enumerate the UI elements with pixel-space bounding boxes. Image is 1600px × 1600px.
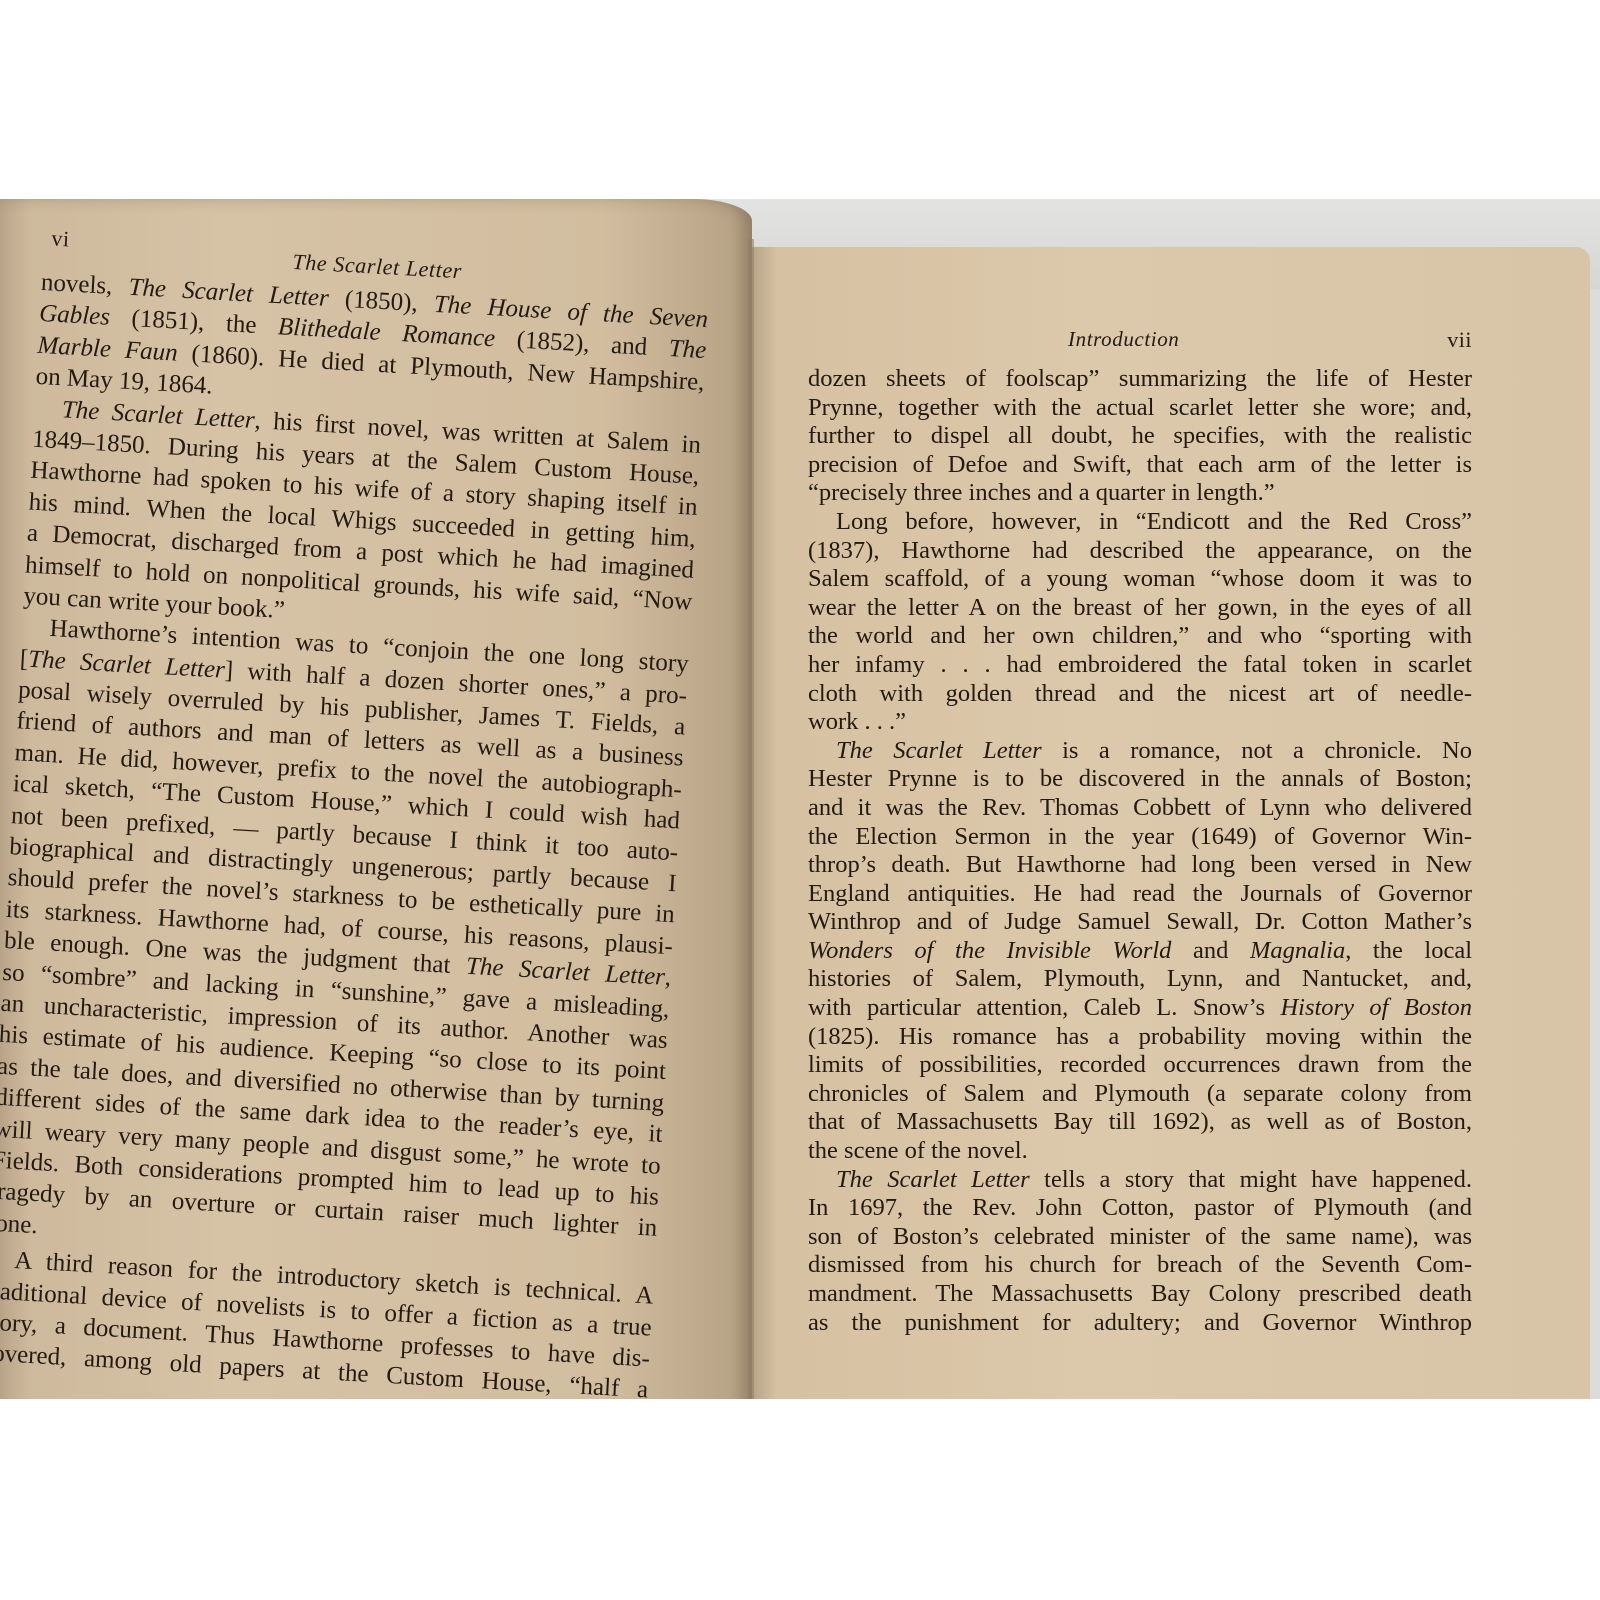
- text-span: with particular attention, Caleb L. Snow…: [808, 994, 1280, 1021]
- page-number: vi: [51, 225, 71, 252]
- text-span: dismissed from his church for breach of …: [808, 1251, 1472, 1278]
- italic-title-span: The: [668, 335, 707, 364]
- text-line: wear the letter A on the breast of her g…: [808, 594, 1472, 623]
- text-span: chronicles of Salem and Plymouth (a sepa…: [808, 1080, 1472, 1107]
- book-photo: vi The Scarlet Letter novels, The Scarle…: [0, 199, 1600, 1399]
- right-page-text-block: Introduction vii dozen sheets of foolsca…: [808, 327, 1472, 1337]
- left-page-text-block: vi The Scarlet Letter novels, The Scarle…: [0, 229, 711, 1399]
- text-span: , the local: [1345, 937, 1472, 964]
- text-span: wear the letter A on the breast of her g…: [808, 594, 1472, 621]
- text-line: Wonders of the Invisible World and Magna…: [808, 937, 1472, 966]
- text-line: “precisely three inches and a quarter in…: [808, 479, 1472, 508]
- text-span: Long before, however, in “Endicott and t…: [836, 508, 1472, 535]
- text-line: Long before, however, in “Endicott and t…: [808, 508, 1472, 537]
- text-line: Salem scaffold, of a young woman “whose …: [808, 565, 1472, 594]
- text-line: In 1697, the Rev. John Cotton, pastor of…: [808, 1194, 1472, 1223]
- text-span: work . . .”: [808, 708, 906, 735]
- text-line: histories of Salem, Plymouth, Lynn, and …: [808, 965, 1472, 994]
- text-line: (1837), Hawthorne had described the appe…: [808, 537, 1472, 566]
- text-line: Winthrop and of Judge Samuel Sewall, Dr.…: [808, 908, 1472, 937]
- text-line: the scene of the novel.: [808, 1137, 1472, 1166]
- right-page: Introduction vii dozen sheets of foolsca…: [752, 247, 1590, 1399]
- text-span: (1850),: [328, 285, 435, 318]
- text-line: dozen sheets of foolscap” summarizing th…: [808, 365, 1472, 394]
- text-span: novels,: [40, 269, 129, 301]
- italic-title-span: The Scarlet Letter: [836, 737, 1042, 764]
- italic-title-span: History of Boston: [1280, 994, 1472, 1021]
- page-number: vii: [1447, 327, 1472, 353]
- right-page-body: dozen sheets of foolscap” summarizing th…: [808, 365, 1472, 1337]
- text-line: cloth with golden thread and the nicest …: [808, 680, 1472, 709]
- text-span: ,: [664, 964, 672, 991]
- text-line: with particular attention, Caleb L. Snow…: [808, 994, 1472, 1023]
- text-span: tells a story that might have happened.: [1030, 1166, 1472, 1193]
- text-line: England antiquities. He had read the Jou…: [808, 880, 1472, 909]
- text-span: Winthrop and of Judge Samuel Sewall, Dr.…: [808, 908, 1472, 935]
- text-line: as the punishment for adultery; and Gove…: [808, 1309, 1472, 1338]
- text-span: throp’s death. But Hawthorne had long be…: [808, 851, 1472, 878]
- text-line: (1825). His romance has a probability mo…: [808, 1023, 1472, 1052]
- text-span: is a romance, not a chronicle. No: [1042, 737, 1472, 764]
- text-line: chronicles of Salem and Plymouth (a sepa…: [808, 1080, 1472, 1109]
- text-span: (1837), Hawthorne had described the appe…: [808, 537, 1472, 564]
- text-span: precision of Defoe and Swift, that each …: [808, 451, 1472, 478]
- text-line: Hester Prynne is to be discovered in the…: [808, 765, 1472, 794]
- chapter-title-header: Introduction: [1068, 327, 1179, 352]
- text-span: and: [1171, 937, 1250, 964]
- text-span: (1825). His romance has a probability mo…: [808, 1023, 1472, 1050]
- text-span: Hester Prynne is to be discovered in the…: [808, 765, 1472, 792]
- text-line: throp’s death. But Hawthorne had long be…: [808, 851, 1472, 880]
- text-line: son of Boston’s celebrated minister of t…: [808, 1223, 1472, 1252]
- italic-title-span: Gables: [39, 300, 111, 331]
- text-line: the world and her own children,” and who…: [808, 622, 1472, 651]
- italic-title-span: Magnalia: [1250, 937, 1345, 964]
- text-span: limits of possibilities, recorded occurr…: [808, 1051, 1472, 1078]
- text-line: Prynne, together with the actual scarlet…: [808, 394, 1472, 423]
- text-span: the scene of the novel.: [808, 1137, 1028, 1164]
- text-line: work . . .”: [808, 708, 1472, 737]
- text-line: her infamy . . . had embroidered the fat…: [808, 651, 1472, 680]
- text-span: mandment. The Massachusetts Bay Colony p…: [808, 1280, 1472, 1307]
- text-span: and it was the Rev. Thomas Cobbett of Ly…: [808, 794, 1472, 821]
- text-span: that of Massachusetts Bay till 1692), as…: [808, 1108, 1472, 1135]
- text-line: limits of possibilities, recorded occurr…: [808, 1051, 1472, 1080]
- text-span: the world and her own children,” and who…: [808, 622, 1472, 649]
- text-span: cloth with golden thread and the nicest …: [808, 680, 1472, 707]
- left-page: vi The Scarlet Letter novels, The Scarle…: [0, 199, 752, 1399]
- text-line: the Election Sermon in the year (1649) o…: [808, 823, 1472, 852]
- text-span: son of Boston’s celebrated minister of t…: [808, 1223, 1472, 1250]
- text-span: Prynne, together with the actual scarlet…: [808, 394, 1472, 421]
- book-title-header: The Scarlet Letter: [292, 249, 463, 284]
- text-line: that of Massachusetts Bay till 1692), as…: [808, 1108, 1472, 1137]
- text-span: her infamy . . . had embroidered the fat…: [808, 651, 1472, 678]
- book-gutter: [748, 239, 754, 1399]
- text-line: dismissed from his church for breach of …: [808, 1251, 1472, 1280]
- text-span: In 1697, the Rev. John Cotton, pastor of…: [808, 1194, 1472, 1221]
- italic-title-span: The Scarlet Letter: [836, 1166, 1030, 1193]
- text-line: and it was the Rev. Thomas Cobbett of Ly…: [808, 794, 1472, 823]
- text-span: England antiquities. He had read the Jou…: [808, 880, 1472, 907]
- text-line: The Scarlet Letter is a romance, not a c…: [808, 737, 1472, 766]
- text-span: as the punishment for adultery; and Gove…: [808, 1309, 1472, 1336]
- text-line: The Scarlet Letter tells a story that mi…: [808, 1166, 1472, 1195]
- text-span: “precisely three inches and a quarter in…: [808, 479, 1275, 506]
- italic-title-span: Wonders of the Invisible World: [808, 937, 1171, 964]
- text-span: Salem scaffold, of a young woman “whose …: [808, 565, 1472, 592]
- text-span: tone.: [0, 1209, 38, 1239]
- text-span: further to dispel all doubt, he specifie…: [808, 422, 1472, 449]
- text-span: dozen sheets of foolscap” summarizing th…: [808, 365, 1472, 392]
- text-line: further to dispel all doubt, he specifie…: [808, 422, 1472, 451]
- right-running-head: Introduction vii: [808, 327, 1472, 365]
- text-line: precision of Defoe and Swift, that each …: [808, 451, 1472, 480]
- text-line: mandment. The Massachusetts Bay Colony p…: [808, 1280, 1472, 1309]
- text-span: the Election Sermon in the year (1649) o…: [808, 823, 1472, 850]
- text-span: histories of Salem, Plymouth, Lynn, and …: [808, 965, 1472, 992]
- left-page-body: novels, The Scarlet Letter (1850), The H…: [0, 267, 709, 1399]
